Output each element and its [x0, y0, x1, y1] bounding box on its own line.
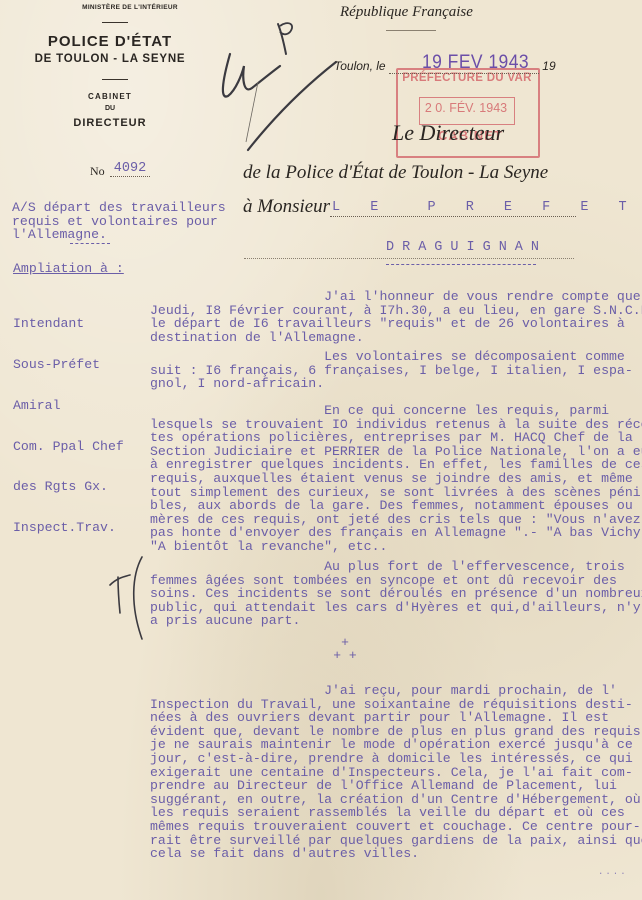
reference-label: No — [90, 164, 105, 179]
divider — [102, 79, 128, 80]
sender-title: Le Directeur — [392, 120, 504, 146]
paragraph-1: J'ai l'honneur de vous rendre compte que… — [150, 290, 642, 344]
margin-cross-mark-icon — [108, 555, 148, 645]
section-separator: + + + — [320, 636, 370, 662]
ampliation-recipient: Sous-Préfet — [13, 358, 124, 372]
ampliation-recipient: Inspect.Trav. — [13, 521, 124, 535]
recipient-city-line — [244, 258, 574, 259]
divider — [102, 22, 128, 23]
continuation-dots: .... — [598, 867, 628, 877]
directeur-label: DIRECTEUR — [10, 117, 210, 129]
place-label: Toulon, le — [334, 59, 386, 73]
handwritten-initials-icon — [218, 22, 338, 152]
ministry-label: MINISTÈRE DE L'INTÉRIEUR — [40, 4, 220, 11]
police-city: DE TOULON - LA SEYNE — [10, 53, 210, 65]
subject-underline — [70, 243, 110, 244]
recipient-city: DRAGUIGNAN — [386, 240, 547, 255]
paragraph-2: Les volontaires se décomposaient comme s… — [150, 350, 642, 391]
ampliation-recipient: Amiral — [13, 399, 124, 413]
recipient-name: L E P R E F E T D U V A R — [332, 200, 642, 215]
date-stamp: 19 FEV 1943 — [422, 52, 529, 74]
ampliation-recipient: Intendant — [13, 317, 124, 331]
reference-number: 4092 — [110, 161, 150, 177]
paragraph-5: J'ai reçu, pour mardi prochain, de l' In… — [150, 684, 642, 861]
republic-label: République Française — [340, 4, 473, 21]
police-heading: POLICE D'ÉTAT — [10, 33, 210, 50]
year-suffix: 19 — [542, 59, 555, 73]
ampliation-list: Intendant Sous-Préfet Amiral Com. Ppal C… — [13, 290, 124, 548]
ampliation-title: Ampliation à : — [13, 262, 124, 276]
subject: A/S départ des travailleurs requis et vo… — [12, 201, 226, 242]
recipient-dotted-line — [330, 216, 576, 217]
divider — [386, 30, 436, 31]
ampliation-recipient: Com. Ppal Chef — [13, 440, 124, 454]
recipient-city-underline — [386, 264, 536, 265]
sender-line: de la Police d'État de Toulon - La Seyne — [243, 162, 548, 184]
du-label: DU — [10, 105, 210, 112]
prefecture-stamp-date: 2 0. FÉV. 1943 — [419, 101, 513, 115]
recipient-prefix: à Monsieur — [243, 196, 330, 218]
paragraph-3: En ce qui concerne les requis, parmi les… — [150, 404, 642, 554]
paragraph-4: Au plus fort de l'effervescence, trois f… — [150, 560, 642, 628]
cabinet-label: CABINET — [10, 92, 210, 101]
ampliation-recipient: des Rgts Gx. — [13, 480, 124, 494]
